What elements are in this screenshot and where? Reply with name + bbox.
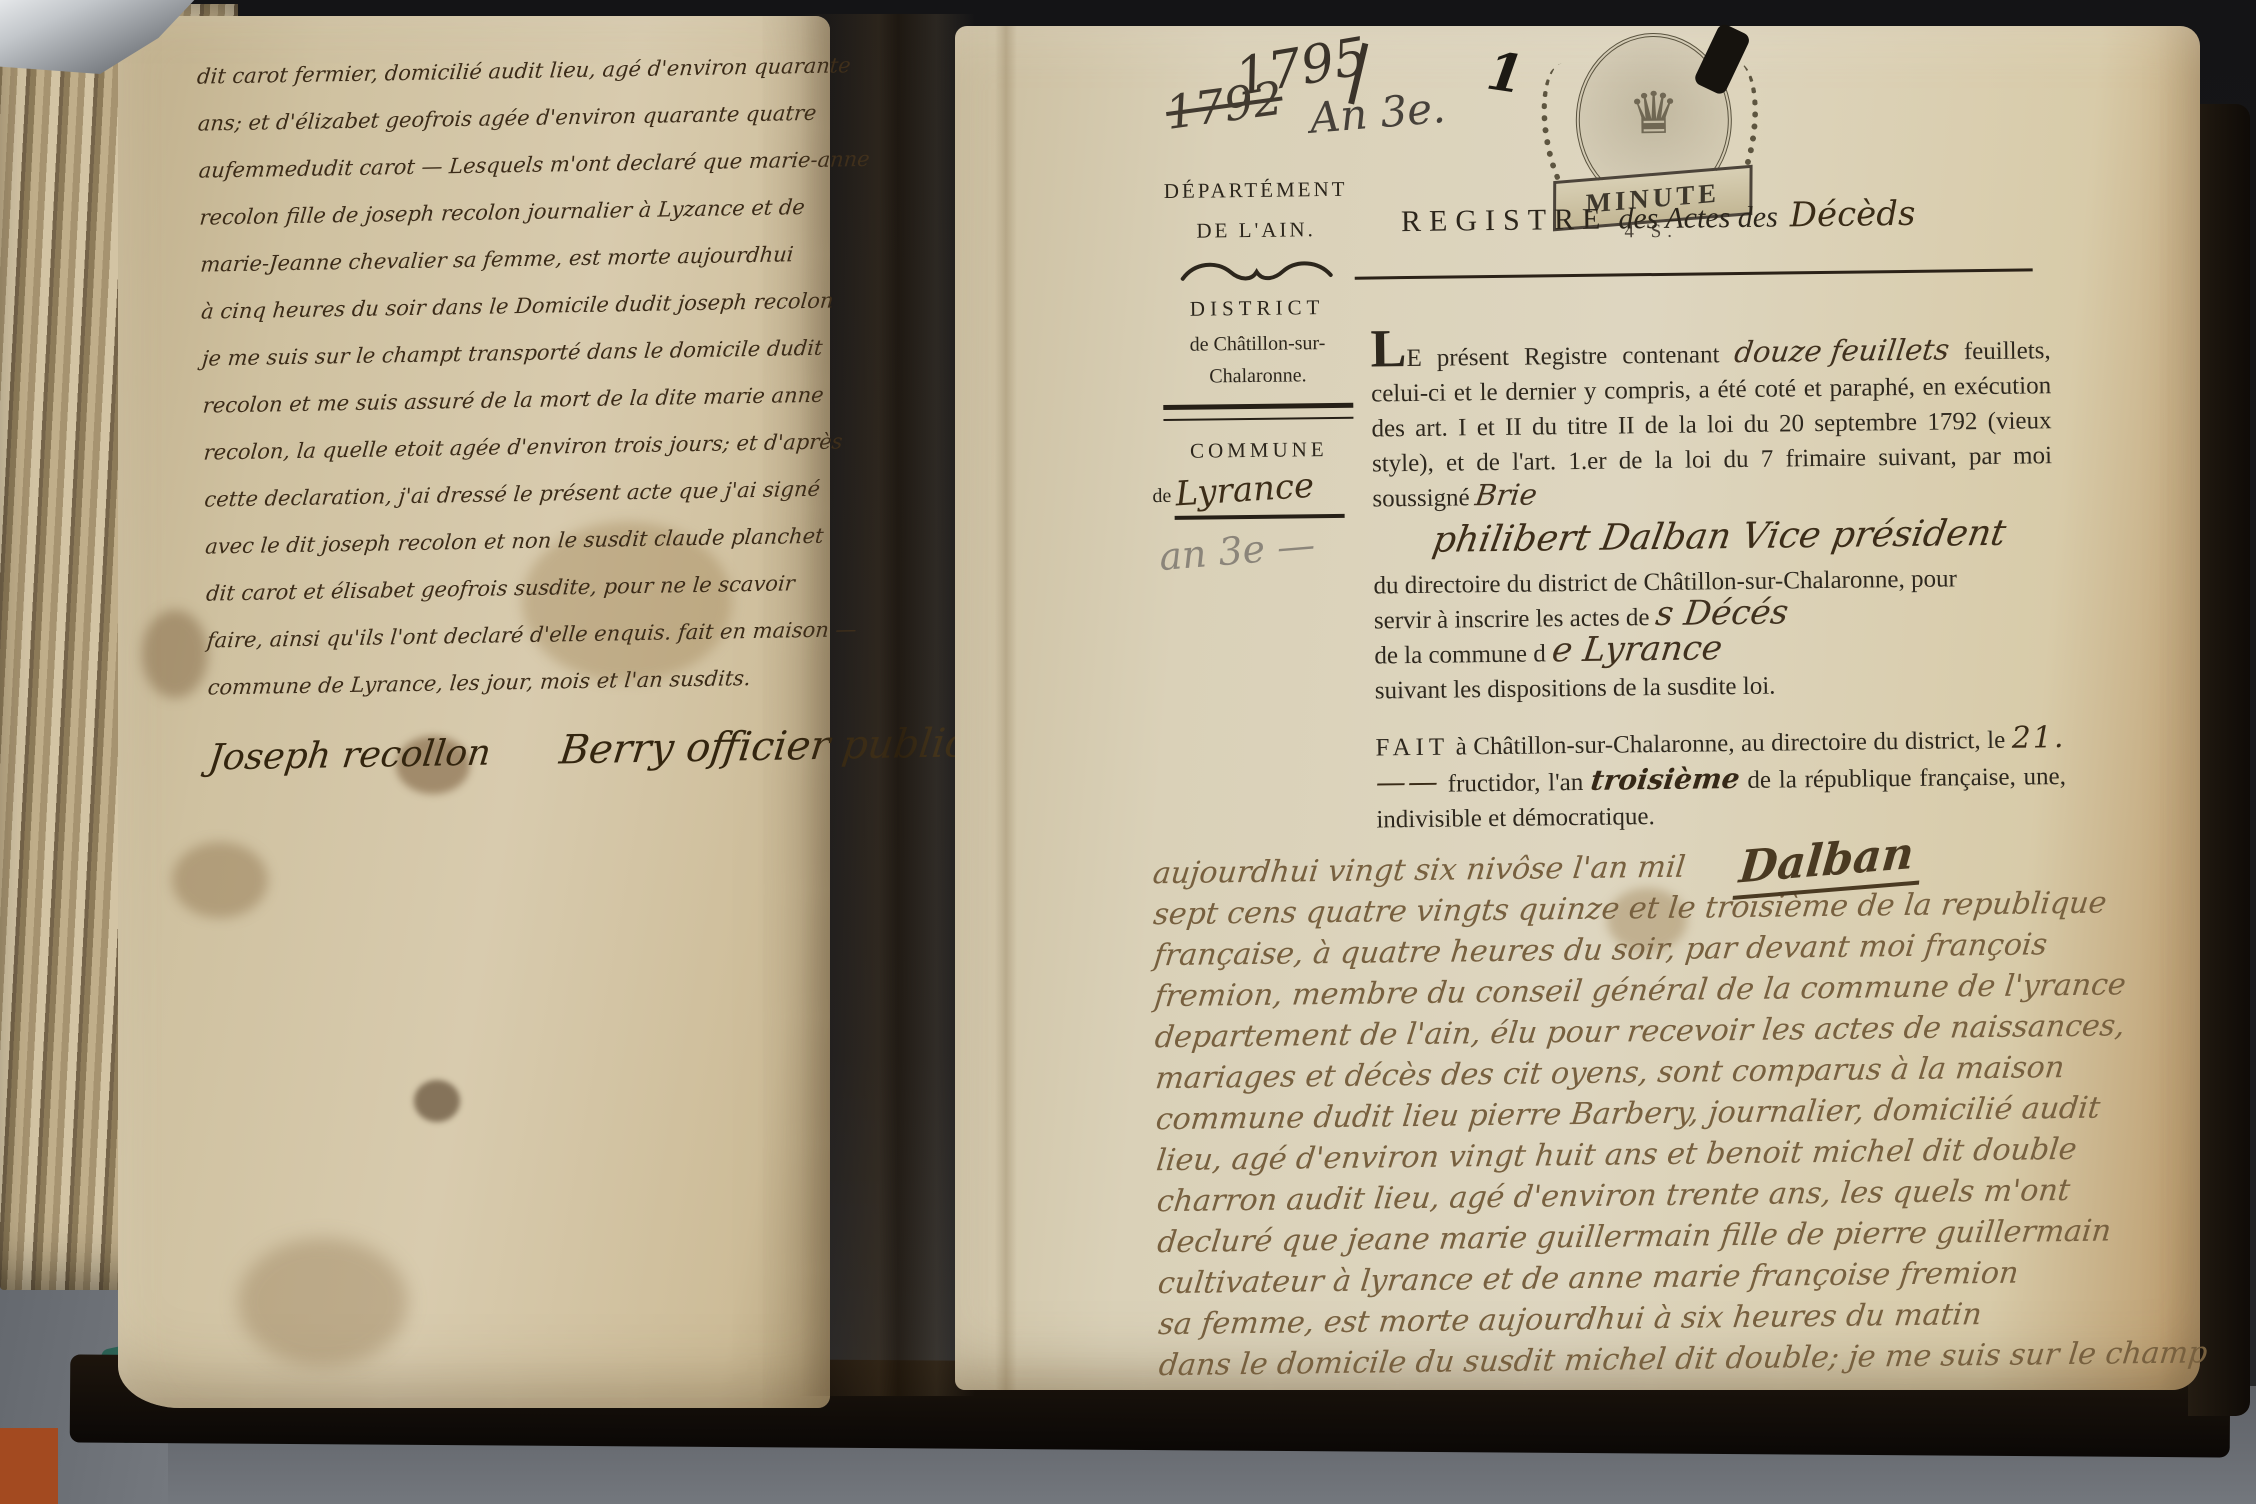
commune-de: de	[1152, 485, 1171, 507]
district-heading: DISTRICT	[1142, 286, 1372, 329]
squiggle-ornament	[1176, 257, 1336, 287]
handwritten-deces: s Décés	[1654, 602, 1789, 624]
commune-name-handwritten: Lyrance	[1174, 466, 1315, 515]
commune-entry: de Lyrance	[1144, 468, 1374, 512]
commune-rule	[1175, 514, 1345, 520]
printed-paragraph-2: FAIT à Châtillon-sur-Chalaronne, au dire…	[1375, 720, 2066, 837]
handwritten-act-block: aujourdhui vingt six nivôse l'an mil sep…	[1153, 840, 2208, 1386]
stain	[238, 1238, 408, 1366]
seated-figure-icon: ♛	[1627, 79, 1680, 148]
title-deces-handwritten: Décèds	[1790, 194, 1916, 236]
para1-suivant: suivant les dispositions de la susdite l…	[1375, 665, 2055, 708]
left-page-manuscript: dit carot fermier, domicilié audit lieu,…	[197, 42, 850, 779]
stain	[172, 842, 268, 918]
right-page-content: 1795 1792 An 3e. 1 ♛ MINUTE 4 S. DÉPARTÉ…	[947, 18, 2209, 1397]
page-number-mark: 1	[1483, 41, 1528, 107]
stain	[142, 610, 208, 698]
handwritten-president-line: philibert Dalban Vice président	[1429, 512, 2056, 562]
printed-paragraph-1: LE présent Registre contenant douze feui…	[1370, 320, 2055, 708]
para2-line1: à Châtillon-sur-Chalaronne, au directoir…	[1456, 727, 2006, 761]
double-rule	[1163, 403, 1353, 421]
left-page: dit carot fermier, domicilié audit lieu,…	[118, 16, 830, 1408]
register-title: REGISTREdes Actes desDécèds	[1401, 194, 1916, 240]
manuscript-line: commune de Lyrance, les jour, mois et l'…	[206, 653, 850, 711]
photograph: dit carot fermier, domicilié audit lieu,…	[0, 0, 2256, 1504]
year-annotation-1792-struck: 1792	[1163, 71, 1286, 140]
title-registre: REGISTRE	[1401, 203, 1609, 239]
right-page: 1795 1792 An 3e. 1 ♛ MINUTE 4 S. DÉPARTÉ…	[955, 26, 2200, 1390]
title-des-actes: des Actes des	[1618, 201, 1778, 236]
commune-heading: COMMUNE	[1144, 428, 1374, 471]
handwritten-feuillets: douze feuillets	[1733, 339, 1950, 362]
signature-row: Joseph recollon Berry officier public;	[206, 722, 852, 779]
para2-fait: FAIT	[1375, 734, 1449, 762]
handwritten-paraphe: Brie	[1475, 484, 1539, 505]
departement-heading: DÉPARTÉMENT	[1140, 168, 1370, 211]
margin-column: DÉPARTÉMENT DE L'AIN. DISTRICT de Châtil…	[1140, 168, 1375, 572]
para2-line2: fructidor, l'an	[1448, 769, 1584, 798]
an-3-annotation: An 3e.	[1308, 83, 1447, 143]
handwritten-commune-name: e Lyrance	[1551, 638, 1723, 660]
departement-subheading: DE L'AIN.	[1141, 208, 1371, 251]
handwritten-troisieme: troisième	[1590, 769, 1741, 791]
para1-lead: LE présent Registre contenant	[1371, 341, 1720, 372]
para1-commune-text: de la commune d	[1374, 640, 1546, 669]
signature-joseph-recollon: Joseph recollon	[206, 733, 493, 779]
red-cover-fragment	[0, 1428, 58, 1504]
district-line2: de Châtillon-sur-	[1142, 326, 1372, 361]
title-rule	[1355, 268, 2033, 279]
an-3-pencil-note: an 3e —	[1144, 518, 1377, 581]
district-line3: Chalaronne.	[1143, 358, 1373, 393]
stain	[414, 1080, 460, 1122]
